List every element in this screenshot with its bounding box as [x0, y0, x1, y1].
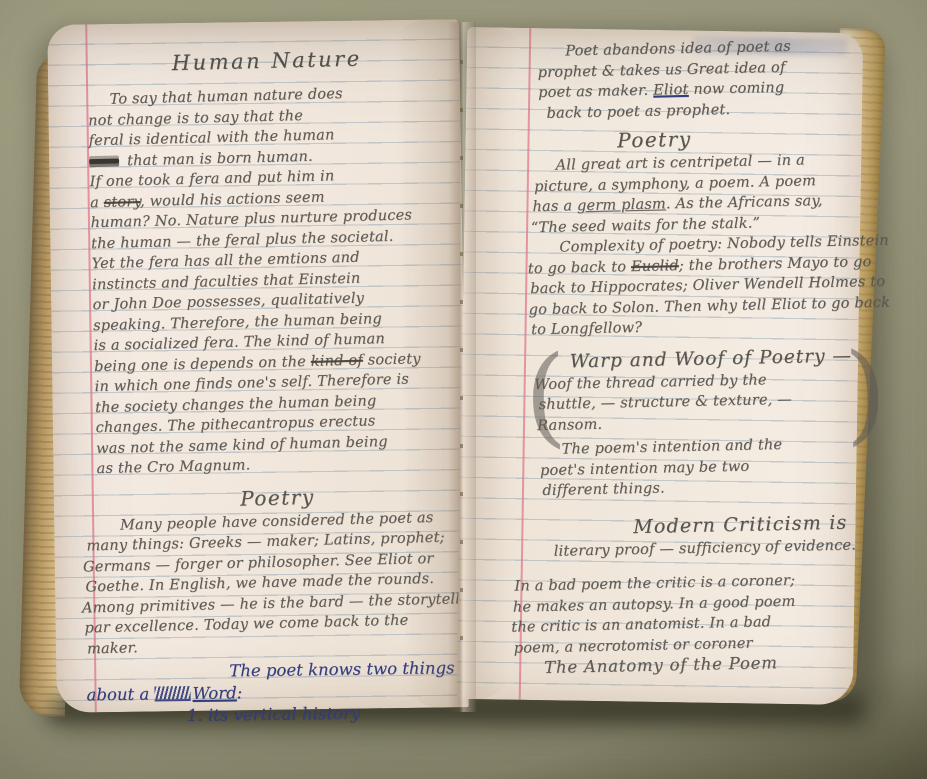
poem-intention-paragraph: The poem's intention and the poet's inte…	[545, 433, 876, 501]
line-text: being one is depends on the	[94, 353, 311, 374]
binding-stitches	[460, 60, 463, 680]
line-text: :	[237, 683, 243, 702]
ink-note-line: 1. its vertical history	[187, 703, 361, 726]
large-close-paren: )	[843, 343, 887, 444]
line-text: about a	[86, 684, 154, 704]
warp-and-woof-section: ( ) Warp and Woof of Poetry — Woof the t…	[544, 344, 876, 436]
right-page: Poet abandons idea of poet as prophet & …	[457, 27, 864, 705]
line-text: that man is born human.	[127, 148, 313, 169]
poet-as-maker-paragraph: Poet abandons idea of poet as prophet & …	[537, 35, 869, 124]
struck-word: Euclid	[631, 258, 679, 275]
left-page-title: Human Nature	[86, 41, 447, 80]
line-text: has a	[532, 198, 577, 215]
ink-note-line: The poet knows two things	[229, 657, 455, 681]
struck-word: kind of	[311, 352, 364, 369]
poetry-paragraph-right: All great art is centripetal — in a pict…	[539, 149, 873, 340]
left-page-handwriting: Human Nature To say that human nature do…	[86, 41, 461, 659]
line-text: ; the brothers Mayo to go	[679, 254, 872, 274]
notebook-photo: Human Nature To say that human nature do…	[0, 0, 927, 779]
large-open-paren: (	[523, 346, 567, 447]
critic-coroner-paragraph: In a bad poem the critic is a coroner; h…	[548, 569, 880, 678]
poetry-heading-left: Poetry	[97, 479, 458, 516]
underlined-word: Word	[192, 683, 236, 703]
human-nature-paragraph: To say that human nature does not change…	[87, 81, 456, 479]
line-text: poet as maker.	[538, 83, 653, 101]
line-text: society	[363, 351, 421, 368]
underlined-word: Eliot	[653, 82, 689, 99]
scribbled-out-word	[154, 686, 190, 702]
right-page-handwriting: Poet abandons idea of poet as prophet & …	[537, 35, 880, 678]
line-text: . As the Africans say,	[666, 193, 823, 212]
line-text: , would his actions seem	[140, 189, 325, 210]
underlined-phrase: germ plasm	[577, 196, 666, 214]
line-text: now coming	[688, 80, 784, 98]
line-text: to go back to	[528, 259, 632, 277]
crossed-out-word-mark	[89, 158, 119, 164]
struck-word: story	[104, 194, 141, 211]
ink-note-line: about a Word:	[86, 682, 242, 705]
line-text: a	[90, 194, 104, 210]
poetry-paragraph-left: Many people have considered the poet as …	[98, 507, 461, 659]
left-page: Human Nature To say that human nature do…	[47, 19, 469, 713]
